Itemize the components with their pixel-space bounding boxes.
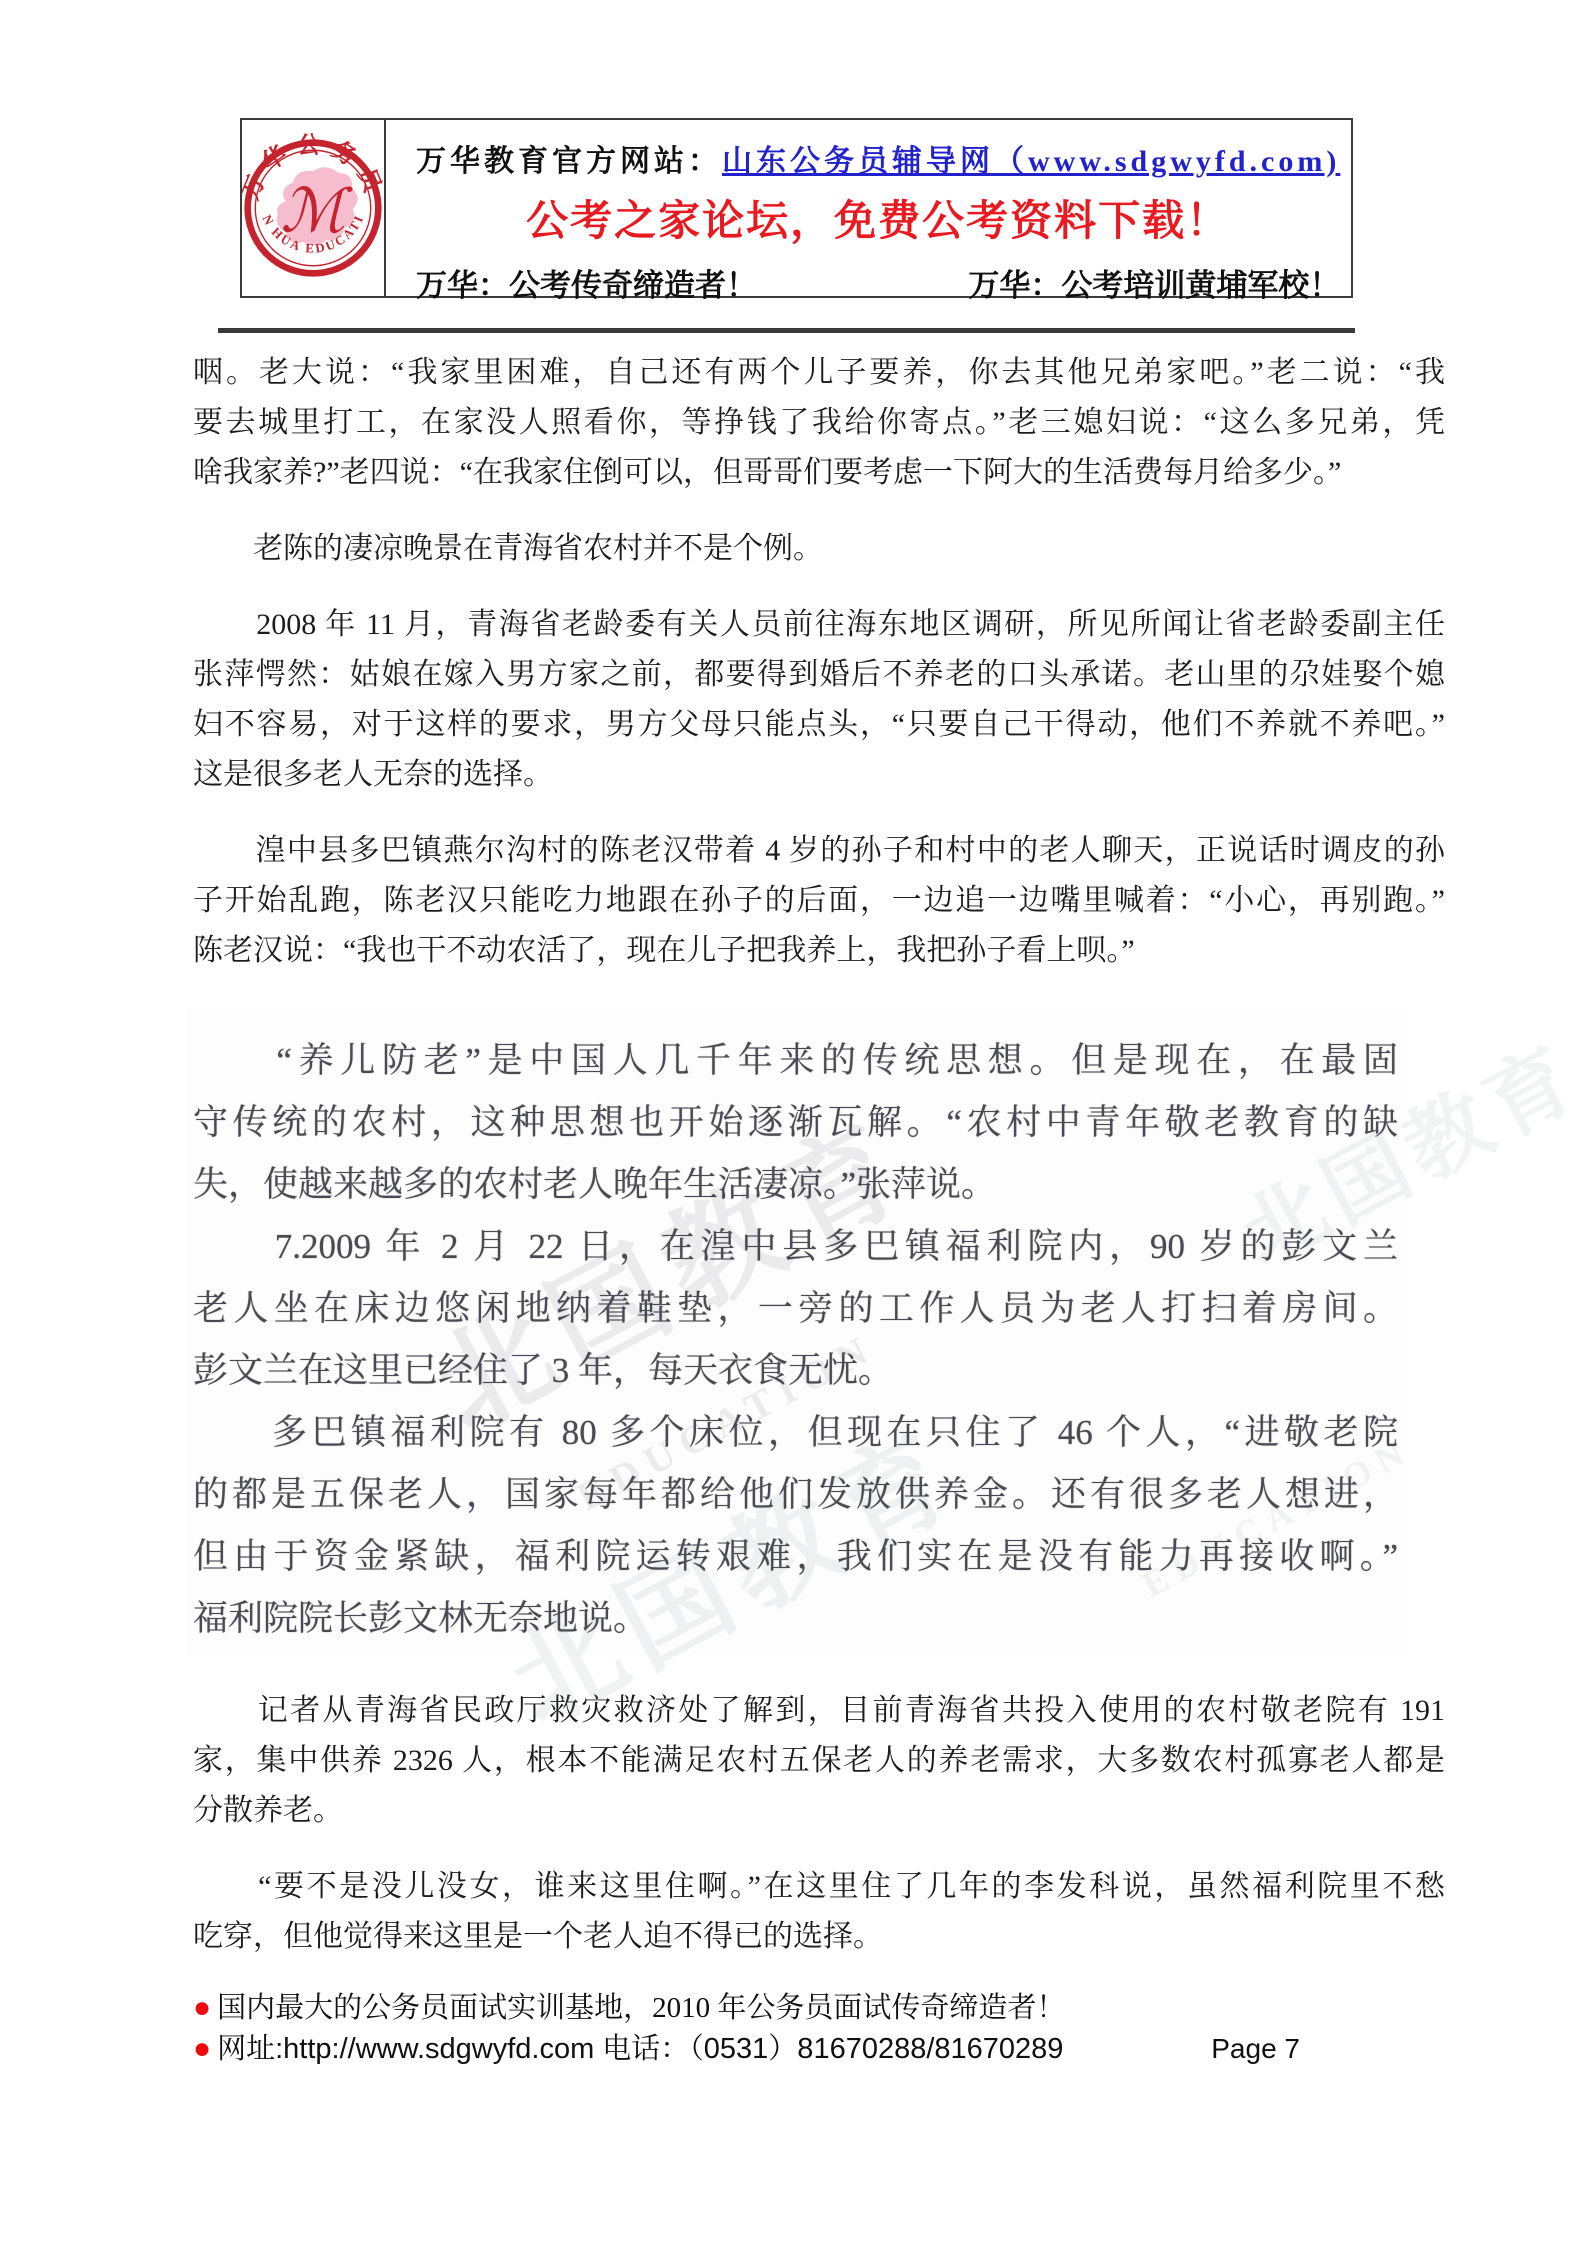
text-line: 记者从青海省民政厅救灾救济处了解到，目前青海省共投入使用的农村敬老院有 191 <box>193 1686 1445 1736</box>
logo: 万华公务员 WAN HUA EDUCATION ℳ <box>242 120 386 296</box>
site-label: 万华教育官方网站： <box>416 145 722 178</box>
red-bullet-icon: ● <box>193 2030 211 2068</box>
footer-line-1: ● 国内最大的公务员面试实训基地，2010 年公务员面试传奇缔造者！ <box>193 1988 1445 2028</box>
paragraph-2: 老陈的凄凉晚景在青海省农村并不是个例。 <box>193 524 1445 574</box>
text-line: 但由于资金紧缺，福利院运转艰难，我们实在是没有能力再接收啊。” <box>193 1526 1398 1588</box>
text-line: 彭文兰在这里已经住了 3 年，每天衣食无忧。 <box>193 1340 1398 1402</box>
tagline-right: 万华：公考培训黄埔军校！ <box>968 260 1340 305</box>
text-line: 要去城里打工，在家没人照看你，等挣钱了我给你寄点。”老三媳妇说：“这么多兄弟，凭 <box>193 398 1445 448</box>
paragraph-9: “要不是没儿没女，谁来这里住啊。”在这里住了几年的李发科说，虽然福利院里不愁吃穿… <box>193 1862 1445 1962</box>
footer-line-2: ● 网址:http://www.sdgwyfd.com 电话：（0531）816… <box>193 2028 1445 2070</box>
footer-text-1: 国内最大的公务员面试实训基地，2010 年公务员面试传奇缔造者！ <box>217 1988 1065 2028</box>
wanhua-logo-icon: 万华公务员 WAN HUA EDUCATION ℳ <box>242 133 384 283</box>
header-box: 万华公务员 WAN HUA EDUCATION ℳ 万华教育官方网站：山东公务员… <box>240 118 1353 298</box>
text-line: “要不是没儿没女，谁来这里住啊。”在这里住了几年的李发科说，虽然福利院里不愁 <box>193 1862 1445 1912</box>
footer: ● 国内最大的公务员面试实训基地，2010 年公务员面试传奇缔造者！ ● 网址:… <box>193 1988 1445 2070</box>
text-line: 张萍愕然：姑娘在嫁入男方家之前，都要得到婚后不养老的口头承诺。老山里的尕娃娶个媳 <box>193 650 1445 700</box>
header-text-area: 万华教育官方网站：山东公务员辅导网（www.sdgwyfd.com) 公考之家论… <box>386 120 1358 296</box>
text-line: 湟中县多巴镇燕尔沟村的陈老汉带着 4 岁的孙子和村中的老人聊天，正说话时调皮的孙 <box>193 826 1445 876</box>
header-rule <box>218 328 1355 333</box>
site-line: 万华教育官方网站：山东公务员辅导网（www.sdgwyfd.com) <box>416 136 1340 180</box>
text-line: “养儿防老”是中国人几千年来的传统思想。但是现在，在最固 <box>193 1030 1398 1092</box>
text-line: 陈老汉说：“我也干不动农活了，现在儿子把我养上，我把孙子看上呗。” <box>193 926 1445 976</box>
text-line: 妇不容易，对于这样的要求，男方父母只能点头，“只要自己干得动，他们不养就不养吧。… <box>193 700 1445 750</box>
scanned-paragraph-3: 多巴镇福利院有 80 多个床位，但现在只住了 46 个人，“进敬老院的都是五保老… <box>193 1402 1398 1650</box>
text-line: 家，集中供养 2326 人，根本不能满足农村五保老人的养老需求，大多数农村孤寡老… <box>193 1736 1445 1786</box>
text-line: 福利院院长彭文林无奈地说。 <box>193 1588 1398 1650</box>
tagline-left: 万华：公考传奇缔造者！ <box>416 260 757 305</box>
scanned-paragraph-2: 7.2009 年 2 月 22 日，在湟中县多巴镇福利院内，90 岁的彭文兰老人… <box>193 1216 1398 1402</box>
text-line: 啥我家养?”老四说：“在我家住倒可以，但哥哥们要考虑一下阿大的生活费每月给多少。… <box>193 448 1445 498</box>
text-line: 的都是五保老人，国家每年都给他们发放供养金。还有很多老人想进， <box>193 1464 1398 1526</box>
text-line: 吃穿，但他觉得来这里是一个老人迫不得已的选择。 <box>193 1912 1445 1962</box>
text-line: 失，使越来越多的农村老人晚年生活凄凉。”张萍说。 <box>193 1154 1398 1216</box>
text-line: 这是很多老人无奈的选择。 <box>193 750 1445 800</box>
paragraph-4: 湟中县多巴镇燕尔沟村的陈老汉带着 4 岁的孙子和村中的老人聊天，正说话时调皮的孙… <box>193 826 1445 976</box>
footer-contact: 网址:http://www.sdgwyfd.com 电话：（0531）81670… <box>217 2028 1063 2070</box>
text-line: 7.2009 年 2 月 22 日，在湟中县多巴镇福利院内，90 岁的彭文兰 <box>193 1216 1398 1278</box>
page: { "header": { "logo": { "arc_top": "万华公务… <box>0 0 1594 2252</box>
text-line: 守传统的农村，这种思想也开始逐渐瓦解。“农村中青年敬老教育的缺 <box>193 1092 1398 1154</box>
text-line: 老陈的凄凉晚景在青海省农村并不是个例。 <box>193 524 1445 574</box>
text-line: 多巴镇福利院有 80 多个床位，但现在只住了 46 个人，“进敬老院 <box>193 1402 1398 1464</box>
paragraph-8: 记者从青海省民政厅救灾救济处了解到，目前青海省共投入使用的农村敬老院有 191家… <box>193 1686 1445 1836</box>
page-number: Page 7 <box>1211 2033 1300 2065</box>
document-body: 咽。老大说：“我家里困难，自己还有两个儿子要养，你去其他兄弟家吧。”老二说：“我… <box>193 348 1445 2070</box>
logo-monogram: ℳ <box>281 179 354 246</box>
tagline-row: 万华：公考传奇缔造者！ 万华：公考培训黄埔军校！ <box>416 260 1340 305</box>
site-link[interactable]: 山东公务员辅导网（www.sdgwyfd.com) <box>722 145 1340 178</box>
scanned-text-section: 北国教育 EDUCATION 北国教育 北国教育 EDUCATION “养儿防老… <box>185 1006 1408 1656</box>
text-line: 子开始乱跑，陈老汉只能吃力地跟在孙子的后面，一边追一边嘴里喊着：“小心，再别跑。… <box>193 876 1445 926</box>
text-line: 2008 年 11 月，青海省老龄委有关人员前往海东地区调研，所见所闻让省老龄委… <box>193 600 1445 650</box>
text-line: 老人坐在床边悠闲地纳着鞋垫，一旁的工作人员为老人打扫着房间。 <box>193 1278 1398 1340</box>
red-bullet-icon: ● <box>193 1989 211 2027</box>
text-line: 分散养老。 <box>193 1786 1445 1836</box>
text-line: 咽。老大说：“我家里困难，自己还有两个儿子要养，你去其他兄弟家吧。”老二说：“我 <box>193 348 1445 398</box>
paragraph-3: 2008 年 11 月，青海省老龄委有关人员前往海东地区调研，所见所闻让省老龄委… <box>193 600 1445 800</box>
scanned-paragraph-1: “养儿防老”是中国人几千年来的传统思想。但是现在，在最固守传统的农村，这种思想也… <box>193 1030 1398 1216</box>
paragraph-1: 咽。老大说：“我家里困难，自己还有两个儿子要养，你去其他兄弟家吧。”老二说：“我… <box>193 348 1445 498</box>
header-slogan: 公考之家论坛，免费公考资料下载！ <box>416 188 1340 248</box>
